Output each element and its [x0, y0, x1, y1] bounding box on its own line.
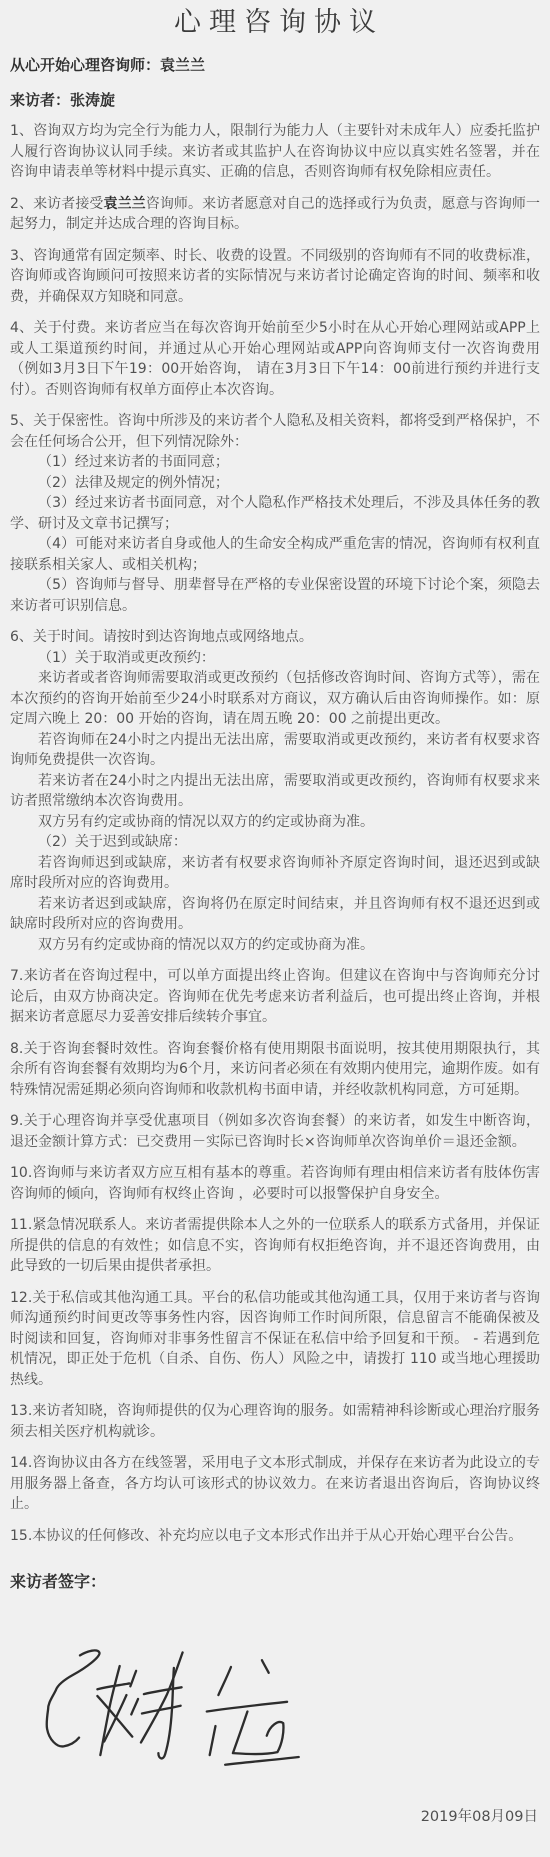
- text-line: 12.关于私信或其他沟通工具。平台的私信功能或其他沟通工具，仅用于来访者与咨询师…: [10, 1288, 540, 1391]
- text-line: （1）关于取消或更改预约：: [10, 648, 540, 669]
- paragraph-8: 8.关于咨询套餐时效性。咨询套餐价格有使用期限书面说明，按其使用期限执行，其余所…: [10, 1039, 540, 1101]
- signature-date: 2019年08月09日: [10, 1807, 540, 1827]
- text-run: （4）可能对来访者自身或他人的生命安全构成严重危害的情况，咨询师有权利直接联系相…: [10, 536, 540, 573]
- text-line: 6、关于时间。请按时到达咨询地点或网络地点。: [10, 627, 540, 648]
- signature-stroke: [141, 1652, 183, 1742]
- text-line: 4、关于付费。来访者应当在每次咨询开始前至少5小时在从心开始心理网站或APP上或…: [10, 318, 540, 400]
- text-run: 12.关于私信或其他沟通工具。平台的私信功能或其他沟通工具，仅用于来访者与咨询师…: [10, 1290, 540, 1388]
- text-run: 若咨询师迟到或缺席，来访者有权要求咨询师补齐原定咨询时间，退还迟到或缺席时段所对…: [10, 855, 540, 892]
- text-line: 若咨询师在24小时之内提出无法出席，需要取消或更改预约，来访者有权要求咨询师免费…: [10, 730, 540, 771]
- signature-stroke: [207, 1702, 287, 1712]
- text-run: （5）咨询师与督导、朋辈督导在严格的专业保密设置的环境下讨论个案，须隐去来访者可…: [10, 577, 540, 614]
- signature-stroke: [131, 1699, 138, 1714]
- text-run: 4、关于付费。来访者应当在每次咨询开始前至少5小时在从心开始心理网站或APP上或…: [10, 320, 540, 398]
- text-line: 若来访者在24小时之内提出无法出席，需要取消或更改预约，咨询师有权要求来访者照常…: [10, 771, 540, 812]
- text-run: 11.紧急情况联系人。来访者需提供除本人之外的一位联系人的联系方式备用，并保证所…: [10, 1217, 540, 1274]
- text-run: 15.本协议的任何修改、补充均应以电子文本形式作出并于从心开始心理平台公告。: [10, 1528, 522, 1544]
- text-run: 10.咨询师与来访者双方应互相有基本的尊重。若咨询师有理由相信来访者有肢体伤害咨…: [10, 1165, 540, 1202]
- paragraph-5: 5、关于保密性。咨询中所涉及的来访者个人隐私及相关资料，都将受到严格保护，不会在…: [10, 411, 540, 616]
- paragraph-9: 9.关于心理咨询并享受优惠项目（例如多次咨询套餐）的来访者，如发生中断咨询，退还…: [10, 1111, 540, 1152]
- page-title: 心理咨询协议: [10, 6, 540, 40]
- text-run: 双方另有约定或协商的情况以双方的约定或协商为准。: [38, 937, 374, 953]
- paragraph-11: 11.紧急情况联系人。来访者需提供除本人之外的一位联系人的联系方式备用，并保证所…: [10, 1215, 540, 1277]
- paragraph-2: 2、来访者接受袁兰兰咨询师。来访者愿意对自己的选择或行为负责，愿意与咨询师一起努…: [10, 194, 540, 235]
- paragraph-1: 1、咨询双方均为完全行为能力人，限制行为能力人（主要针对未成年人）应委托监护人履…: [10, 121, 540, 183]
- text-line: 10.咨询师与来访者双方应互相有基本的尊重。若咨询师有理由相信来访者有肢体伤害咨…: [10, 1163, 540, 1204]
- text-run: 13.来访者知晓，咨询师提供的仅为心理咨询的服务。如需精神科诊断或心理治疗服务须…: [10, 1403, 540, 1440]
- signature-stroke: [262, 1660, 269, 1673]
- agreement-body: 1、咨询双方均为完全行为能力人，限制行为能力人（主要针对未成年人）应委托监护人履…: [10, 121, 540, 1546]
- text-run: （2）法律及规定的例外情况；: [38, 475, 229, 491]
- text-run: （1）经过来访者的书面同意；: [38, 454, 229, 470]
- text-run: （1）关于取消或更改预约：: [38, 650, 215, 666]
- text-line: 双方另有约定或协商的情况以双方的约定或协商为准。: [10, 812, 540, 833]
- text-line: 14.咨询协议由各方在线签署，采用电子文本形式制成，并保存在来访者为此设立的专用…: [10, 1453, 540, 1515]
- text-line: 11.紧急情况联系人。来访者需提供除本人之外的一位联系人的联系方式备用，并保证所…: [10, 1215, 540, 1277]
- paragraph-6: 6、关于时间。请按时到达咨询地点或网络地点。（1）关于取消或更改预约：来访者或者…: [10, 627, 540, 955]
- text-line: 若咨询师迟到或缺席，来访者有权要求咨询师补齐原定咨询时间，退还迟到或缺席时段所对…: [10, 853, 540, 894]
- paragraph-14: 14.咨询协议由各方在线签署，采用电子文本形式制成，并保存在来访者为此设立的专用…: [10, 1453, 540, 1515]
- text-run: 若来访者迟到或缺席，咨询将仍在原定时间结束，并且咨询师有权不退还迟到或缺席时段所…: [10, 896, 540, 933]
- signature-stroke: [144, 1687, 182, 1694]
- paragraph-3: 3、咨询通常有固定频率、时长、收费的设置。不同级别的咨询师有不同的收费标准，咨询…: [10, 246, 540, 308]
- text-run: 来访者或者咨询师需要取消或更改预约（包括修改咨询时间、咨询方式等），需在本次预约…: [10, 670, 540, 727]
- text-run: 1、咨询双方均为完全行为能力人，限制行为能力人（主要针对未成年人）应委托监护人履…: [10, 123, 540, 180]
- text-run: （2）关于迟到或缺席：: [38, 834, 187, 850]
- text-line: 15.本协议的任何修改、补充均应以电子文本形式作出并于从心开始心理平台公告。: [10, 1526, 540, 1547]
- signature-label: 来访者签字：: [10, 1572, 540, 1592]
- text-run: 9.关于心理咨询并享受优惠项目（例如多次咨询套餐）的来访者，如发生中断咨询，退还…: [10, 1113, 540, 1150]
- text-run: 14.咨询协议由各方在线签署，采用电子文本形式制成，并保存在来访者为此设立的专用…: [10, 1455, 540, 1512]
- agreement-document: 心理咨询协议 从心开始心理咨询师：袁兰兰 来访者：张涛旋 1、咨询双方均为完全行…: [0, 0, 550, 1857]
- text-line: 2、来访者接受袁兰兰咨询师。来访者愿意对自己的选择或行为负责，愿意与咨询师一起努…: [10, 194, 540, 235]
- text-run: 2、来访者接受: [10, 196, 104, 212]
- text-run: 8.关于咨询套餐时效性。咨询套餐价格有使用期限书面说明，按其使用期限执行，其余所…: [10, 1041, 540, 1098]
- text-line: 7.来访者在咨询过程中，可以单方面提出终止咨询。但建议在咨询中与咨询师充分讨论后…: [10, 966, 540, 1028]
- signature-stroke: [218, 1667, 231, 1695]
- signature-stroke: [233, 1712, 284, 1755]
- text-line: 双方另有约定或协商的情况以双方的约定或协商为准。: [10, 935, 540, 956]
- text-run: 双方另有约定或协商的情况以双方的约定或协商为准。: [38, 814, 374, 830]
- handwritten-signature-image: [25, 1637, 315, 1787]
- visitor-name: 张涛旋: [70, 91, 115, 109]
- paragraph-4: 4、关于付费。来访者应当在每次咨询开始前至少5小时在从心开始心理网站或APP上或…: [10, 318, 540, 400]
- visitor-line: 来访者：张涛旋: [10, 91, 540, 110]
- text-line: 来访者或者咨询师需要取消或更改预约（包括修改咨询时间、咨询方式等），需在本次预约…: [10, 668, 540, 730]
- text-line: 13.来访者知晓，咨询师提供的仅为心理咨询的服务。如需精神科诊断或心理治疗服务须…: [10, 1401, 540, 1442]
- text-line: 若来访者迟到或缺席，咨询将仍在原定时间结束，并且咨询师有权不退还迟到或缺席时段所…: [10, 894, 540, 935]
- text-run: 5、关于保密性。咨询中所涉及的来访者个人隐私及相关资料，都将受到严格保护，不会在…: [10, 413, 540, 450]
- paragraph-7: 7.来访者在咨询过程中，可以单方面提出终止咨询。但建议在咨询中与咨询师充分讨论后…: [10, 966, 540, 1028]
- bold-text-run: 袁兰兰: [104, 196, 146, 212]
- signature-stroke: [210, 1726, 216, 1755]
- paragraph-13: 13.来访者知晓，咨询师提供的仅为心理咨询的服务。如需精神科诊断或心理治疗服务须…: [10, 1401, 540, 1442]
- text-run: 若来访者在24小时之内提出无法出席，需要取消或更改预约，咨询师有权要求来访者照常…: [10, 773, 540, 810]
- text-line: （4）可能对来访者自身或他人的生命安全构成严重危害的情况，咨询师有权利直接联系相…: [10, 534, 540, 575]
- paragraph-10: 10.咨询师与来访者双方应互相有基本的尊重。若咨询师有理由相信来访者有肢体伤害咨…: [10, 1163, 540, 1204]
- signature-stroke: [130, 1671, 136, 1686]
- text-line: 3、咨询通常有固定频率、时长、收费的设置。不同级别的咨询师有不同的收费标准，咨询…: [10, 246, 540, 308]
- text-line: 5、关于保密性。咨询中所涉及的来访者个人隐私及相关资料，都将受到严格保护，不会在…: [10, 411, 540, 452]
- text-line: （2）法律及规定的例外情况；: [10, 473, 540, 494]
- text-run: 6、关于时间。请按时到达咨询地点或网络地点。: [10, 629, 313, 645]
- text-line: （2）关于迟到或缺席：: [10, 832, 540, 853]
- signature-stroke: [97, 1696, 132, 1737]
- text-run: （3）经过来访者书面同意，对个人隐私作严格技术处理后，不涉及具体任务的教学、研讨…: [10, 495, 540, 532]
- counselor-label: 从心开始心理咨询师：: [10, 56, 160, 74]
- visitor-label: 来访者：: [10, 91, 70, 109]
- text-line: （5）咨询师与督导、朋辈督导在严格的专业保密设置的环境下讨论个案，须隐去来访者可…: [10, 575, 540, 616]
- signature-stroke: [225, 1757, 299, 1765]
- counselor-line: 从心开始心理咨询师：袁兰兰: [10, 56, 540, 75]
- counselor-name: 袁兰兰: [160, 56, 205, 74]
- text-run: 若咨询师在24小时之内提出无法出席，需要取消或更改预约，来访者有权要求咨询师免费…: [10, 732, 540, 769]
- text-line: 9.关于心理咨询并享受优惠项目（例如多次咨询套餐）的来访者，如发生中断咨询，退还…: [10, 1111, 540, 1152]
- text-line: 8.关于咨询套餐时效性。咨询套餐价格有使用期限书面说明，按其使用期限执行，其余所…: [10, 1039, 540, 1101]
- text-line: （3）经过来访者书面同意，对个人隐私作严格技术处理后，不涉及具体任务的教学、研讨…: [10, 493, 540, 534]
- visitor-signature-area: [25, 1637, 540, 1787]
- text-line: 1、咨询双方均为完全行为能力人，限制行为能力人（主要针对未成年人）应委托监护人履…: [10, 121, 540, 183]
- text-line: （1）经过来访者的书面同意；: [10, 452, 540, 473]
- paragraph-12: 12.关于私信或其他沟通工具。平台的私信功能或其他沟通工具，仅用于来访者与咨询师…: [10, 1288, 540, 1391]
- text-run: 3、咨询通常有固定频率、时长、收费的设置。不同级别的咨询师有不同的收费标准，咨询…: [10, 248, 540, 305]
- signature-stroke: [47, 1650, 100, 1746]
- paragraph-15: 15.本协议的任何修改、补充均应以电子文本形式作出并于从心开始心理平台公告。: [10, 1526, 540, 1547]
- text-run: 7.来访者在咨询过程中，可以单方面提出终止咨询。但建议在咨询中与咨询师充分讨论后…: [10, 968, 540, 1025]
